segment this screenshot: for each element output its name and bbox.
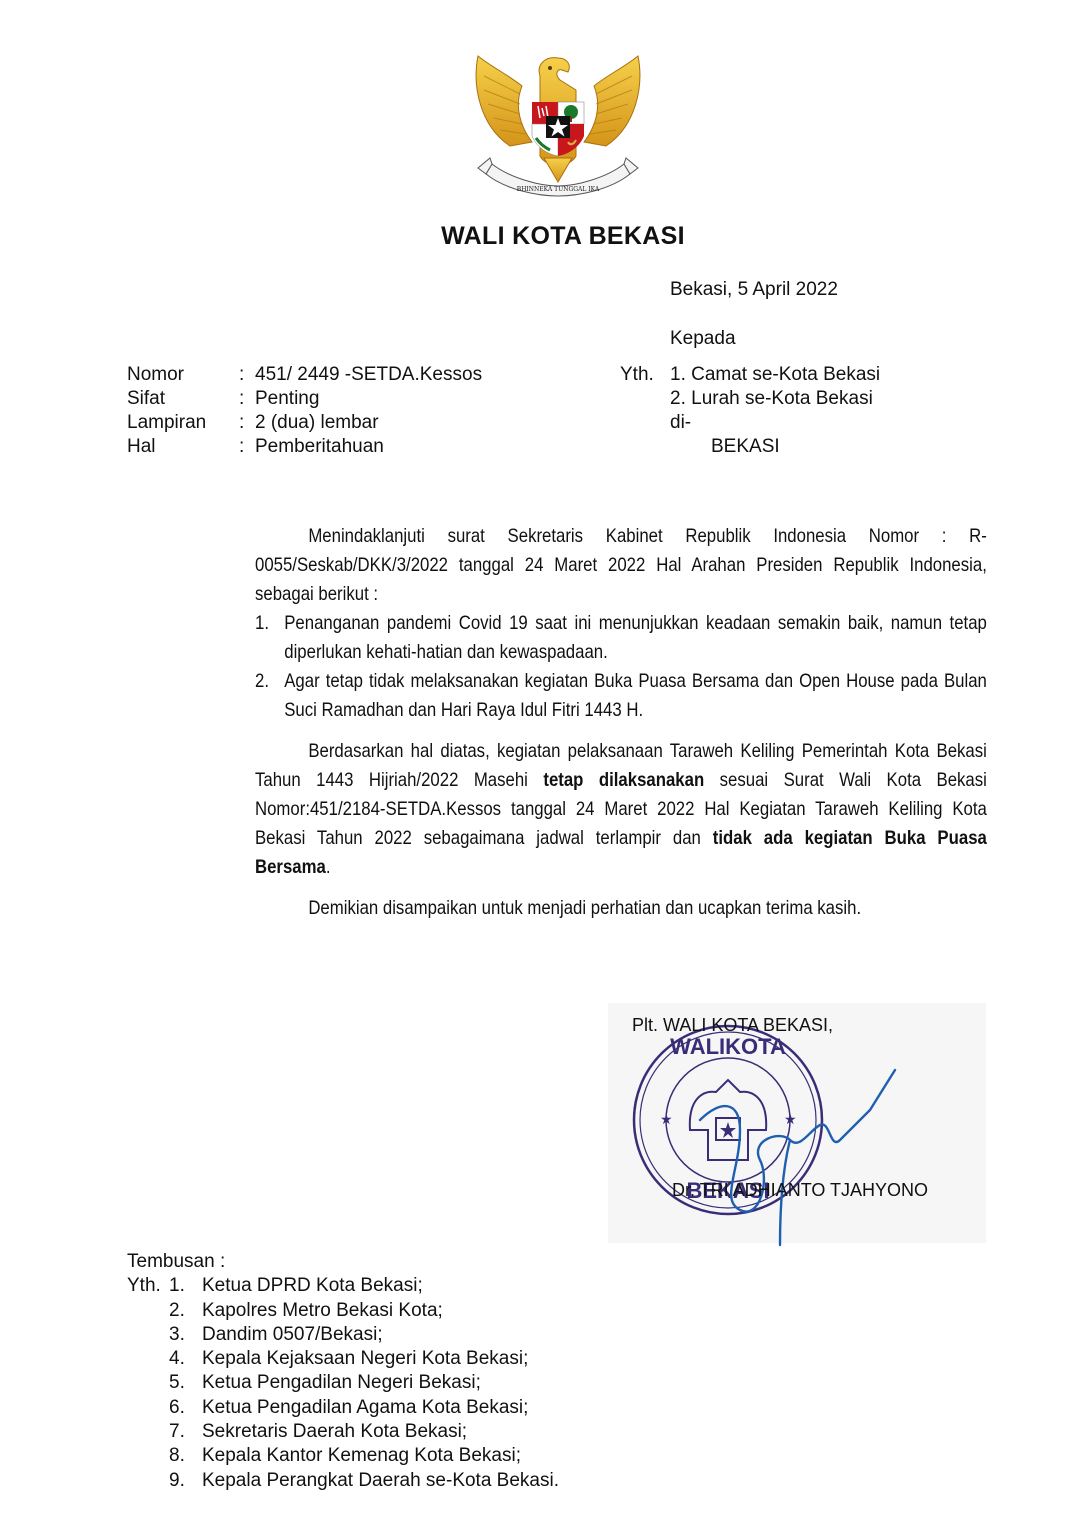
- paragraph-decision: Berdasarkan hal diatas, kegiatan pelaksa…: [255, 737, 987, 882]
- to-label: Kepada: [670, 327, 736, 351]
- paragraph-closing: Demikian disampaikan untuk menjadi perha…: [255, 894, 987, 923]
- letter-body: Menindaklanjuti surat Sekretaris Kabinet…: [255, 522, 987, 923]
- recipient-item: 1. Camat se-Kota Bekasi: [670, 363, 880, 387]
- signatory-title: Plt. WALI KOTA BEKASI,: [632, 1015, 833, 1036]
- svg-text:★: ★: [660, 1111, 673, 1127]
- recipients-block: Yth.1. Camat se-Kota Bekasi 2. Lurah se-…: [620, 363, 880, 459]
- recipient-item: 2. Lurah se-Kota Bekasi: [670, 387, 873, 411]
- meta-row-nomor: Nomor : 451/ 2449 -SETDA.Kessos: [127, 363, 482, 387]
- list-item: 1. Penanganan pandemi Covid 19 saat ini …: [255, 609, 987, 667]
- cc-item: Yth.1.Ketua DPRD Kota Bekasi;: [127, 1274, 559, 1298]
- cc-item: 3.Dandim 0507/Bekasi;: [127, 1323, 559, 1347]
- cc-item: 8.Kepala Kantor Kemenag Kota Bekasi;: [127, 1444, 559, 1468]
- cc-item: 2.Kapolres Metro Bekasi Kota;: [127, 1299, 559, 1323]
- cc-item: 4.Kepala Kejaksaan Negeri Kota Bekasi;: [127, 1347, 559, 1371]
- paragraph-intro: Menindaklanjuti surat Sekretaris Kabinet…: [255, 522, 987, 609]
- handwritten-signature-icon: [680, 1060, 920, 1250]
- cc-item: 7.Sekretaris Daerah Kota Bekasi;: [127, 1420, 559, 1444]
- recipient-city: BEKASI: [670, 435, 780, 459]
- letterhead-title: WALI KOTA BEKASI: [0, 222, 1080, 251]
- svg-text:WALIKOTA: WALIKOTA: [670, 1034, 786, 1059]
- list-item: 2. Agar tetap tidak melaksanakan kegiata…: [255, 667, 987, 725]
- meta-row-sifat: Sifat : Penting: [127, 387, 482, 411]
- cc-item: 6.Ketua Pengadilan Agama Kota Bekasi;: [127, 1396, 559, 1420]
- carbon-copy-list: Tembusan : Yth.1.Ketua DPRD Kota Bekasi;…: [127, 1250, 559, 1493]
- place-date: Bekasi, 5 April 2022: [670, 278, 838, 302]
- svg-text:BHINNEKA TUNGGAL IKA: BHINNEKA TUNGGAL IKA: [517, 186, 600, 193]
- cc-item: 9.Kepala Perangkat Daerah se-Kota Bekasi…: [127, 1469, 559, 1493]
- meta-row-hal: Hal : Pemberitahuan: [127, 435, 482, 459]
- recipient-di: di-: [670, 411, 691, 435]
- meta-row-lampiran: Lampiran : 2 (dua) lembar: [127, 411, 482, 435]
- garuda-emblem-icon: BHINNEKA TUNGGAL IKA: [470, 46, 646, 198]
- cc-item: 5.Ketua Pengadilan Negeri Bekasi;: [127, 1371, 559, 1395]
- signatory-name: Dr. TRI ADHIANTO TJAHYONO: [672, 1180, 928, 1201]
- cc-title: Tembusan :: [127, 1250, 559, 1274]
- letter-meta: Nomor : 451/ 2449 -SETDA.Kessos Sifat : …: [127, 363, 482, 459]
